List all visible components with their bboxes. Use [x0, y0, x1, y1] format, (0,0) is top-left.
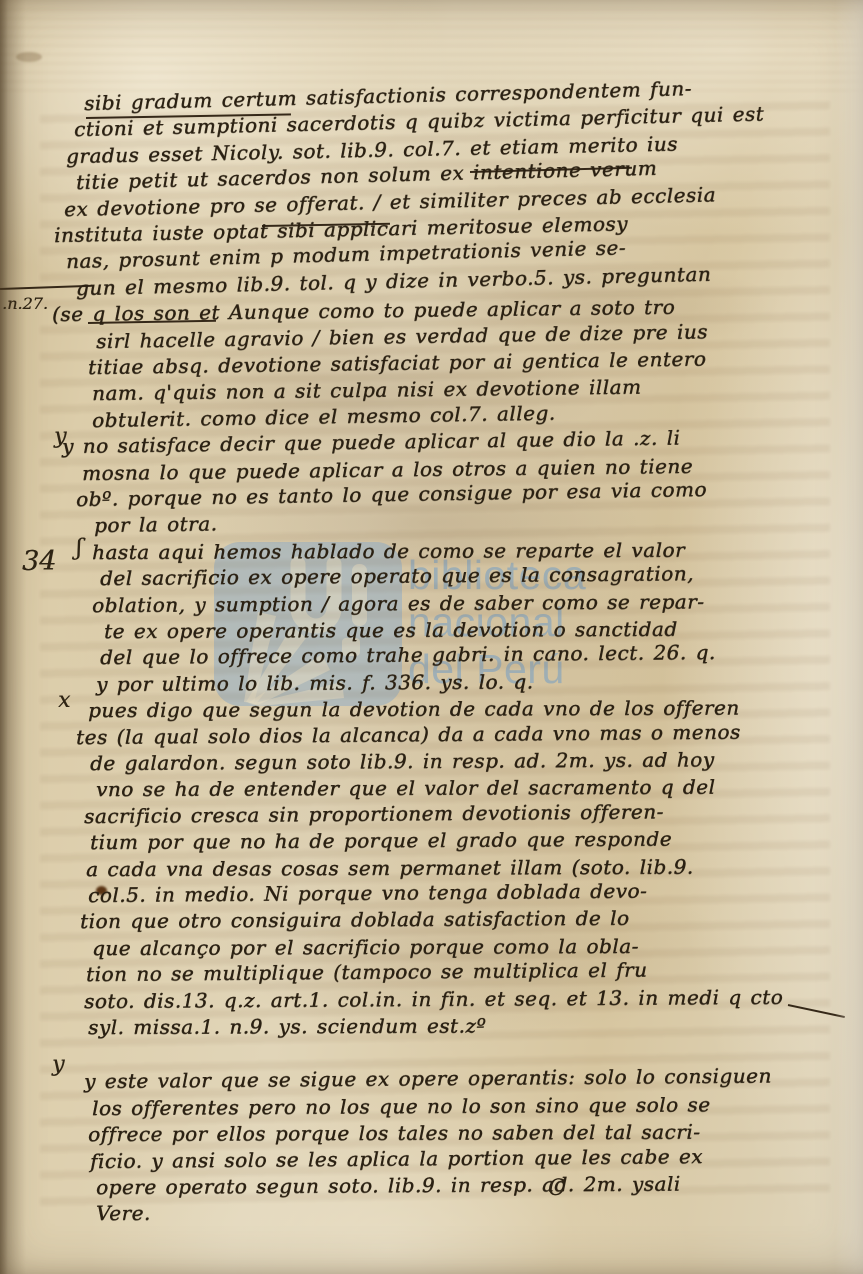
manuscript-line: sacrificio cresca sin proportionem devot…: [84, 798, 664, 829]
manuscript-line: tium por que no ha de porque el grado qu…: [90, 826, 672, 856]
manuscript-line: del que lo offrece como trahe gabri. in …: [100, 639, 716, 670]
manuscript-line: y este valor que se sigue ex opere opera…: [84, 1063, 772, 1095]
margin-paragraph-mark: C: [548, 1176, 565, 1201]
margin-paragraph-mark: x: [58, 688, 70, 713]
manuscript-line: nam. q'quis non a sit culpa nisi ex devo…: [92, 374, 642, 407]
manuscript-text: sibi gradum certum satisfactionis corres…: [0, 0, 863, 1274]
margin-paragraph-mark: y: [52, 1052, 64, 1077]
manuscript-line: ficio. y ansi solo se les aplica la port…: [90, 1143, 703, 1174]
manuscript-line: y por ultimo lo lib. mis. f. 336. ys. lo…: [96, 668, 534, 697]
manuscript-line: del sacrificio ex opere operato que es l…: [100, 560, 694, 591]
manuscript-line: tion que otro consiguira doblada satisfa…: [80, 905, 630, 934]
margin-note: 34: [22, 546, 56, 577]
manuscript-line: opere operato segun soto. lib.9. in resp…: [96, 1170, 681, 1200]
manuscript-line: de galardon. segun soto lib.9. in resp. …: [90, 746, 715, 776]
margin-note: .n.27.: [2, 294, 48, 313]
manuscript-line: soto. dis.13. q.z. art.1. col.in. in fin…: [84, 983, 783, 1013]
manuscript-line: tes (la qual solo dios la alcanca) da a …: [76, 718, 741, 749]
margin-paragraph-mark: ʃ: [76, 536, 82, 561]
manuscript-line: Vere.: [96, 1200, 151, 1226]
manuscript-line: tion no se multiplique (tampoco se multi…: [86, 957, 648, 988]
manuscript-line: col.5. in medio. Ni porque vno tenga dob…: [88, 877, 647, 908]
manuscript-page: biblioteca nacional del Perú sibi gradum…: [0, 0, 863, 1274]
manuscript-line: oblation, y sumption / agora es de saber…: [92, 588, 705, 618]
margin-paragraph-mark: y: [54, 424, 66, 449]
manuscript-line: syl. missa.1. n.9. ys. sciendum est.zº: [88, 1012, 486, 1040]
manuscript-line: los offerentes pero no los que no lo son…: [92, 1091, 711, 1121]
manuscript-line: por la otra.: [94, 511, 218, 539]
